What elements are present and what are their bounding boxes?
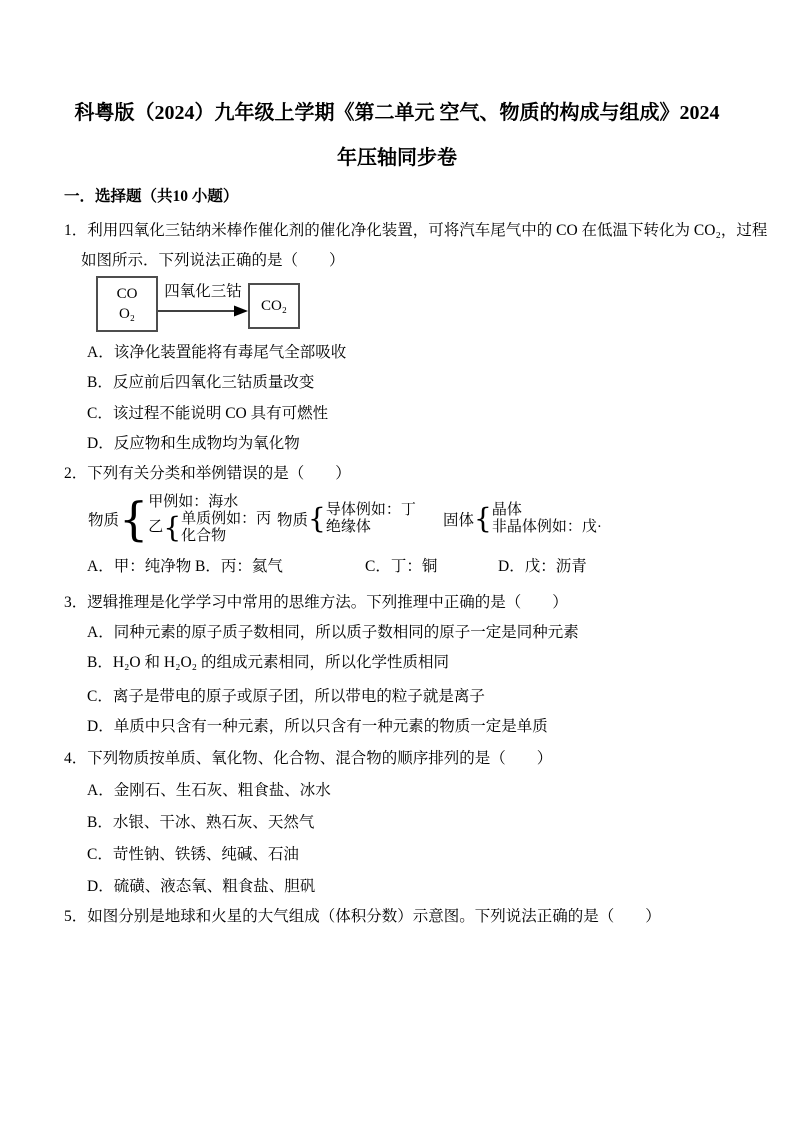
q1-option-d: D．反应物和生成物均为氧化物 <box>87 434 300 454</box>
q2-option-a: A．甲：纯净物 <box>87 557 191 577</box>
q2-group1-branch-bottom-label: 乙 <box>148 519 163 536</box>
q4-option-a: A．金刚石、生石灰、粗食盐、冰水 <box>87 781 331 801</box>
brace-icon <box>474 502 492 536</box>
q2-group2-item-1: 导体例如：丁 <box>326 502 416 519</box>
q2-group1-sub-item-1: 单质例如：丙 <box>181 511 271 528</box>
q1-product-box: CO₂ <box>248 283 300 329</box>
brace-icon <box>308 502 326 536</box>
q2-group2-item-2: 绝缘体 <box>326 519 416 536</box>
q2-group3-item-2: 非晶体例如：戊· <box>492 519 602 536</box>
q1-reactant-box: CO O₂ <box>96 276 158 332</box>
paper-title-line2: 年压轴同步卷 <box>0 146 794 170</box>
q3-option-a: A．同种元素的原子质子数相同，所以质子数相同的原子一定是同种元素 <box>87 623 579 643</box>
q2-group1-branch-top: 甲例如：海水 <box>148 494 271 511</box>
question-5-stem: 5．如图分别是地球和火星的大气组成（体积分数）示意图。下列说法正确的是（ ） <box>64 907 661 927</box>
q2-option-b: B．丙：氦气 <box>195 557 283 577</box>
question-2-stem: 2．下列有关分类和举例错误的是（ ） <box>64 464 351 484</box>
q3-option-d: D．单质中只含有一种元素，所以只含有一种元素的物质一定是单质 <box>87 717 548 737</box>
question-3-number: 3． <box>64 594 87 611</box>
q2-group3-item-1: 晶体 <box>492 502 602 519</box>
q2-group-conductor: 物质 导体例如：丁 绝缘体 <box>277 502 416 536</box>
q1-catalyst-arrow: 四氧化三钴 <box>158 283 248 318</box>
q1-option-c: C．该过程不能说明 CO 具有可燃性 <box>87 404 328 424</box>
q2-group1-root: 物质 <box>88 508 119 530</box>
question-1-number: 1． <box>64 222 87 239</box>
q3-option-c: C．离子是带电的原子或原子团，所以带电的粒子就是离子 <box>87 687 485 707</box>
q1-option-a: A．该净化装置能将有毒尾气全部吸收 <box>87 343 346 363</box>
q4-option-c: C．苛性钠、铁锈、纯碱、石油 <box>87 845 299 865</box>
q2-group3-root: 固体 <box>443 508 474 530</box>
q1-reactant-o2: O₂ <box>119 304 135 324</box>
q1-reactant-co: CO <box>117 284 138 304</box>
q1-product-co2: CO₂ <box>261 298 287 315</box>
paper-title-line1: 科粤版（2024）九年级上学期《第二单元 空气、物质的构成与组成》2024 <box>0 101 794 125</box>
q2-option-d: D．戊：沥青 <box>498 557 587 577</box>
question-4-stem: 4．下列物质按单质、氧化物、化合物、混合物的顺序排列的是（ ） <box>64 749 552 769</box>
q2-option-c: C．丁：铜 <box>365 557 437 577</box>
q2-group-substance-mixture: 物质 甲例如：海水 乙 单质例如：丙 化合物 <box>88 493 271 545</box>
q2-classification-diagram: 物质 甲例如：海水 乙 单质例如：丙 化合物 物质 导体例如：丁 绝缘体 <box>88 493 733 555</box>
question-1-stem-line2: 如图所示．下列说法正确的是（ ） <box>81 251 345 271</box>
q1-option-b: B．反应前后四氧化三钴质量改变 <box>87 373 314 393</box>
question-2-number: 2． <box>64 465 87 482</box>
question-5-text: 如图分别是地球和火星的大气组成（体积分数）示意图。下列说法正确的是（ ） <box>87 908 661 925</box>
q2-group-solid: 固体 晶体 非晶体例如：戊· <box>443 502 602 536</box>
q2-options-row: A．甲：纯净物 B．丙：氦气 C．丁：铜 D．戊：沥青 <box>0 557 794 577</box>
exam-paper-page: 科粤版（2024）九年级上学期《第二单元 空气、物质的构成与组成》2024 年压… <box>0 0 794 1123</box>
q1-reaction-diagram: CO O₂ 四氧化三钴 CO₂ <box>96 276 300 332</box>
q4-option-d: D．硫磺、液态氧、粗食盐、胆矾 <box>87 877 315 897</box>
q3-option-b: B．H₂O 和 H₂O₂ 的组成元素相同，所以化学性质相同 <box>87 653 449 673</box>
question-1-stem-line1: 1．利用四氧化三钴纳米棒作催化剂的催化净化装置，可将汽车尾气中的 CO 在低温下… <box>64 221 767 241</box>
right-arrow-icon <box>158 304 248 318</box>
brace-icon <box>163 511 181 545</box>
q1-catalyst-label: 四氧化三钴 <box>164 283 242 301</box>
question-5-number: 5． <box>64 908 87 925</box>
question-4-text: 下列物质按单质、氧化物、化合物、混合物的顺序排列的是（ ） <box>87 750 552 767</box>
q2-group1-sub-item-2: 化合物 <box>181 528 271 545</box>
question-3-stem: 3．逻辑推理是化学学习中常用的思维方法。下列推理中正确的是（ ） <box>64 593 568 613</box>
question-4-number: 4． <box>64 750 87 767</box>
question-3-text: 逻辑推理是化学学习中常用的思维方法。下列推理中正确的是（ ） <box>87 594 568 611</box>
q2-group2-root: 物质 <box>277 508 308 530</box>
question-2-text: 下列有关分类和举例错误的是（ ） <box>87 465 351 482</box>
q4-option-b: B．水银、干冰、熟石灰、天然气 <box>87 813 314 833</box>
question-1-text: 利用四氧化三钴纳米棒作催化剂的催化净化装置，可将汽车尾气中的 CO 在低温下转化… <box>87 222 767 239</box>
section-heading: 一．选择题（共10 小题） <box>64 187 238 207</box>
brace-icon <box>119 493 148 545</box>
